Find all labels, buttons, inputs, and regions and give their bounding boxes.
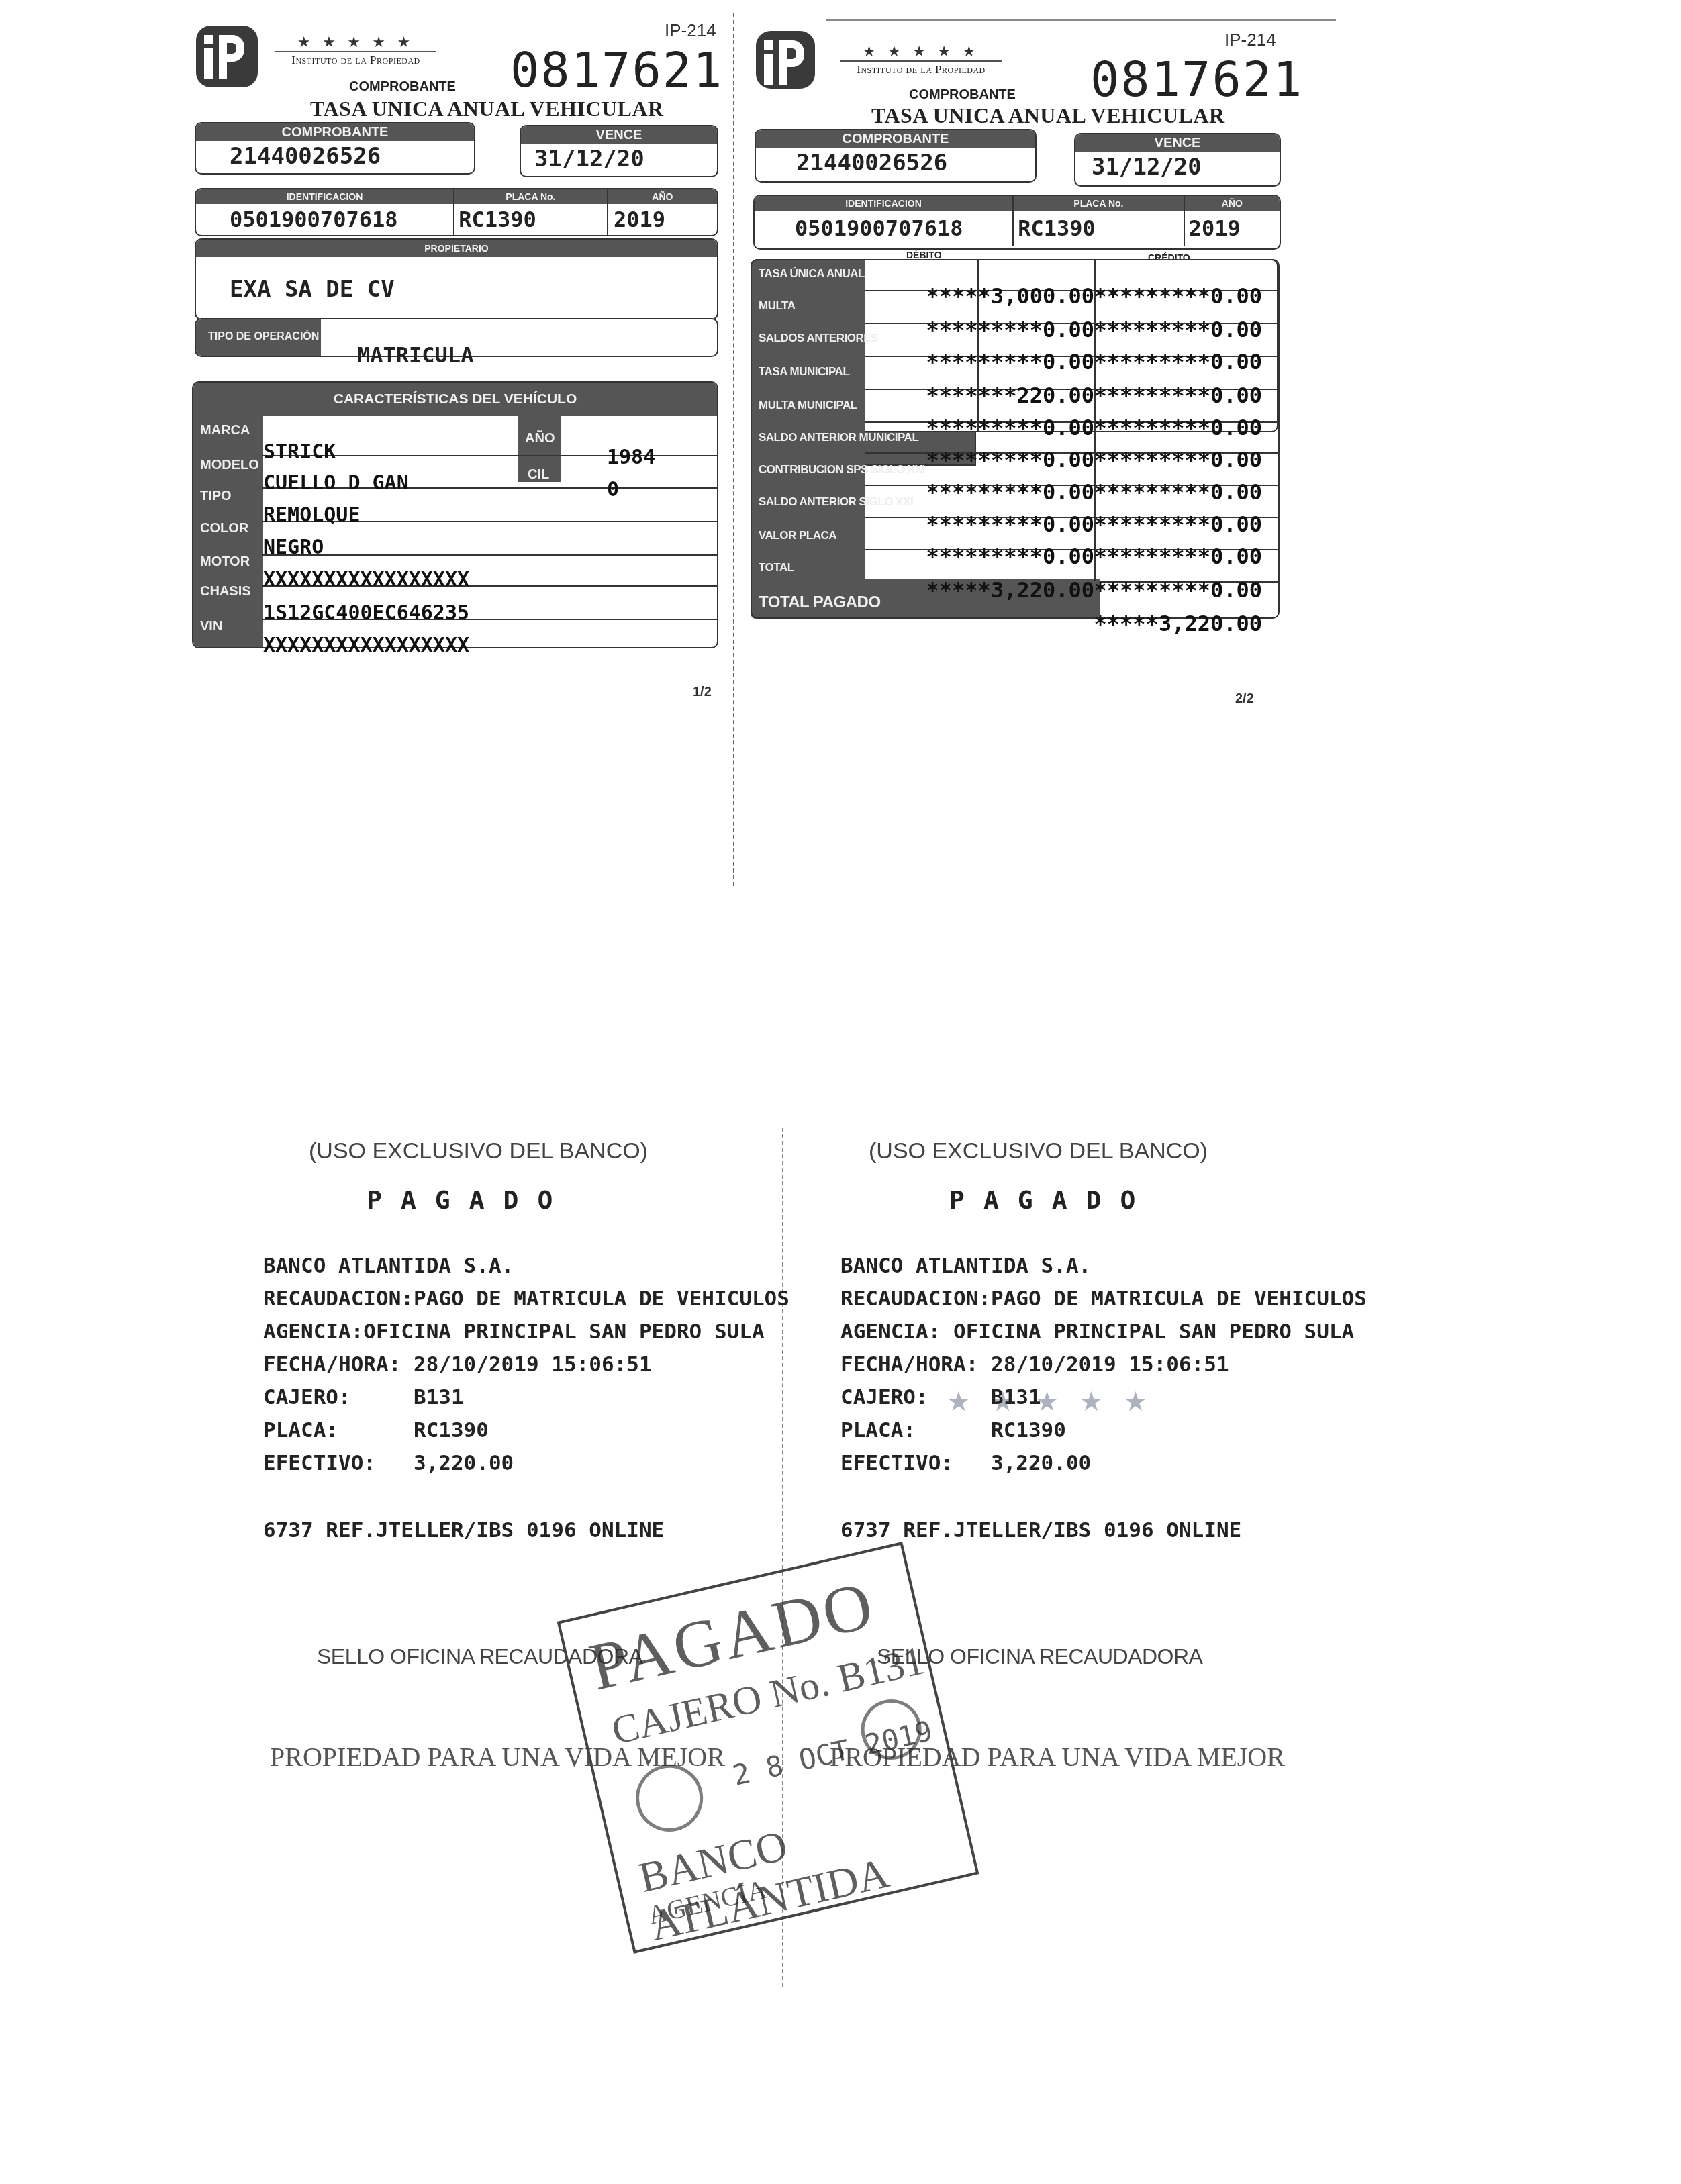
propietario-box: PROPIETARIO EXA SA DE CV: [195, 238, 718, 320]
charge-label: SALDOS ANTERIORES: [759, 332, 878, 345]
credito-value: *********0.00: [1047, 415, 1262, 440]
serial-number: 0817621: [1090, 51, 1303, 107]
credito-value-total: *********0.00: [1047, 577, 1262, 603]
page-number: 1/2: [693, 685, 712, 700]
placa-value: RC1390: [1012, 211, 1184, 246]
placa-line: PLACA: RC1390: [263, 1414, 789, 1447]
institution-block: ★ ★ ★ ★ ★ Instituto de la Propiedad: [840, 43, 1002, 77]
bank-use-header: (USO EXCLUSIVO DEL BANCO): [869, 1138, 1208, 1164]
efectivo-line: EFECTIVO: 3,220.00: [263, 1447, 789, 1480]
anio-value: 1984: [607, 446, 655, 469]
charge-label: VALOR PLACA: [759, 529, 836, 542]
placa-label: PLACA No.: [1012, 196, 1184, 211]
color-value: NEGRO: [263, 536, 324, 559]
document-title: TASA UNICA ANUAL VEHICULAR: [871, 103, 1225, 128]
ip-logo-icon: [196, 26, 258, 87]
bank-seal-icon: [629, 1758, 710, 1838]
paid-status: PAGADO: [949, 1185, 1154, 1215]
bank-name: BANCO ATLANTIDA S.A.: [263, 1250, 789, 1283]
page-number: 2/2: [1235, 691, 1254, 707]
propietario-value: EXA SA DE CV: [196, 257, 717, 303]
modelo-value: CUELLO D GAN: [263, 471, 409, 495]
form-code: IP-214: [1224, 30, 1276, 50]
ano-value: 2019: [607, 204, 717, 235]
stamp-date: 2 8 OCT 2019: [730, 1714, 936, 1792]
vin-label: VIN: [200, 619, 222, 634]
ano-value: 2019: [1184, 211, 1280, 246]
charge-label: TASA ÚNICA ANUAL: [759, 267, 865, 281]
credito-value: *********0.00: [1047, 317, 1262, 342]
comprobante-label: COMPROBANTE: [196, 123, 474, 141]
modelo-label: MODELO: [200, 458, 259, 473]
bank-details: BANCO ATLANTIDA S.A.RECAUDACION:PAGO DE …: [840, 1250, 1367, 1480]
institution-name: Instituto de la Propiedad: [840, 63, 1002, 77]
credito-value: *********0.00: [1047, 383, 1262, 408]
total-pagado-value: *****3,220.00: [1047, 611, 1262, 636]
institution-name: Instituto de la Propiedad: [275, 54, 436, 67]
identificacion-label: IDENTIFICACION: [755, 196, 1012, 211]
credito-value: *********0.00: [1047, 479, 1262, 505]
marca-value: STRICK: [263, 440, 336, 464]
anio-label: AÑO: [525, 431, 555, 446]
paid-stamp: PAGADO CAJERO No. B131 2 8 OCT 2019 BANC…: [557, 1542, 979, 1954]
cil-label: CIL: [528, 467, 549, 483]
placa-label: PLACA No.: [453, 189, 607, 204]
vence-value: 31/12/20: [521, 144, 717, 175]
chasis-value: 1S12GC400EC646235: [263, 601, 469, 625]
placa-value: RC1390: [453, 204, 607, 235]
reference-line: 6737 REF.JTELLER/IBS 0196 ONLINE: [840, 1518, 1241, 1542]
vence-label: VENCE: [521, 126, 717, 144]
form-code: IP-214: [665, 20, 716, 41]
credito-value: *********0.00: [1047, 283, 1262, 309]
bank-use-header: (USO EXCLUSIVO DEL BANCO): [309, 1138, 648, 1164]
charge-label: MULTA: [759, 299, 795, 313]
agencia-line: AGENCIA:OFICINA PRINCIPAL SAN PEDRO SULA: [263, 1316, 789, 1348]
charge-label-total-pagado: TOTAL PAGADO: [759, 593, 881, 612]
vehicle-header: CARACTERÍSTICAS DEL VEHÍCULO: [193, 383, 717, 416]
vence-value: 31/12/20: [1075, 152, 1280, 183]
fold-line-top: [733, 13, 734, 886]
chasis-label: CHASIS: [200, 584, 251, 599]
credito-value: *********0.00: [1047, 447, 1262, 473]
color-label: COLOR: [200, 521, 248, 536]
identificacion-label: IDENTIFICACION: [196, 189, 453, 204]
tipo-operacion-value: MATRICULA: [357, 342, 473, 368]
credito-value: *********0.00: [1047, 349, 1262, 375]
charge-label: TOTAL: [759, 561, 794, 575]
motor-value: XXXXXXXXXXXXXXXXX: [263, 568, 469, 591]
comprobante-box: COMPROBANTE 21440026526: [195, 122, 475, 175]
cajero-line: CAJERO: B131: [840, 1381, 1367, 1414]
recaudacion-line: RECAUDACION:PAGO DE MATRICULA DE VEHICUL…: [263, 1283, 789, 1316]
tipo-value: REMOLQUE: [263, 503, 361, 527]
charge-label: TASA MUNICIPAL: [759, 365, 849, 379]
edge-line: [826, 19, 1336, 21]
comprobante-value: 21440026526: [196, 141, 474, 172]
bank-name: BANCO ATLANTIDA S.A.: [840, 1250, 1367, 1283]
subtitle: COMPROBANTE: [349, 79, 456, 95]
placa-line: PLACA: RC1390: [840, 1414, 1367, 1447]
cajero-line: CAJERO: B131: [263, 1381, 789, 1414]
serial-number: 0817621: [510, 42, 723, 98]
fecha-hora-line: FECHA/HORA: 28/10/2019 15:06:51: [263, 1348, 789, 1381]
ano-label: AÑO: [607, 189, 717, 204]
stars-icon: ★ ★ ★ ★ ★: [275, 34, 436, 51]
vence-box: VENCE 31/12/20: [520, 125, 718, 177]
reference-line: 6737 REF.JTELLER/IBS 0196 ONLINE: [263, 1518, 664, 1542]
tipo-operacion-label: TIPO DE OPERACIÓN: [196, 319, 321, 357]
tipo-label: TIPO: [200, 489, 232, 504]
document-title: TASA UNICA ANUAL VEHICULAR: [310, 97, 664, 121]
vence-box: VENCE 31/12/20: [1074, 133, 1281, 187]
credito-value: *********0.00: [1047, 544, 1262, 569]
charge-label: MULTA MUNICIPAL: [759, 399, 857, 412]
agencia-line: AGENCIA: OFICINA PRINCIPAL SAN PEDRO SUL…: [840, 1316, 1367, 1348]
identificacion-value: 0501900707618: [196, 204, 453, 235]
fecha-hora-line: FECHA/HORA: 28/10/2019 15:06:51: [840, 1348, 1367, 1381]
identification-box: IDENTIFICACION PLACA No. AÑO 05019007076…: [195, 188, 718, 236]
bank-details: BANCO ATLANTIDA S.A.RECAUDACION:PAGO DE …: [263, 1250, 789, 1480]
institution-block: ★ ★ ★ ★ ★ Instituto de la Propiedad: [275, 34, 436, 67]
subtitle: COMPROBANTE: [909, 87, 1016, 103]
recaudacion-line: RECAUDACION:PAGO DE MATRICULA DE VEHICUL…: [840, 1283, 1367, 1316]
motor-label: MOTOR: [200, 554, 250, 570]
comprobante-label: COMPROBANTE: [756, 130, 1035, 148]
stars-icon: ★ ★ ★ ★ ★: [840, 43, 1002, 60]
identificacion-value: 0501900707618: [755, 211, 1012, 246]
efectivo-line: EFECTIVO: 3,220.00: [840, 1447, 1367, 1480]
ano-label: AÑO: [1184, 196, 1280, 211]
ip-logo-icon: [756, 31, 815, 89]
comprobante-value: 21440026526: [756, 148, 1035, 179]
identification-box: IDENTIFICACION PLACA No. AÑO 05019007076…: [753, 195, 1281, 250]
propietario-label: PROPIETARIO: [196, 240, 717, 257]
vin-value: XXXXXXXXXXXXXXXXX: [263, 634, 469, 657]
marca-label: MARCA: [200, 423, 250, 438]
comprobante-box: COMPROBANTE 21440026526: [755, 129, 1037, 183]
paid-status: PAGADO: [367, 1185, 571, 1215]
vence-label: VENCE: [1075, 134, 1280, 152]
cil-value: 0: [607, 478, 619, 501]
credito-value: *********0.00: [1047, 511, 1262, 537]
